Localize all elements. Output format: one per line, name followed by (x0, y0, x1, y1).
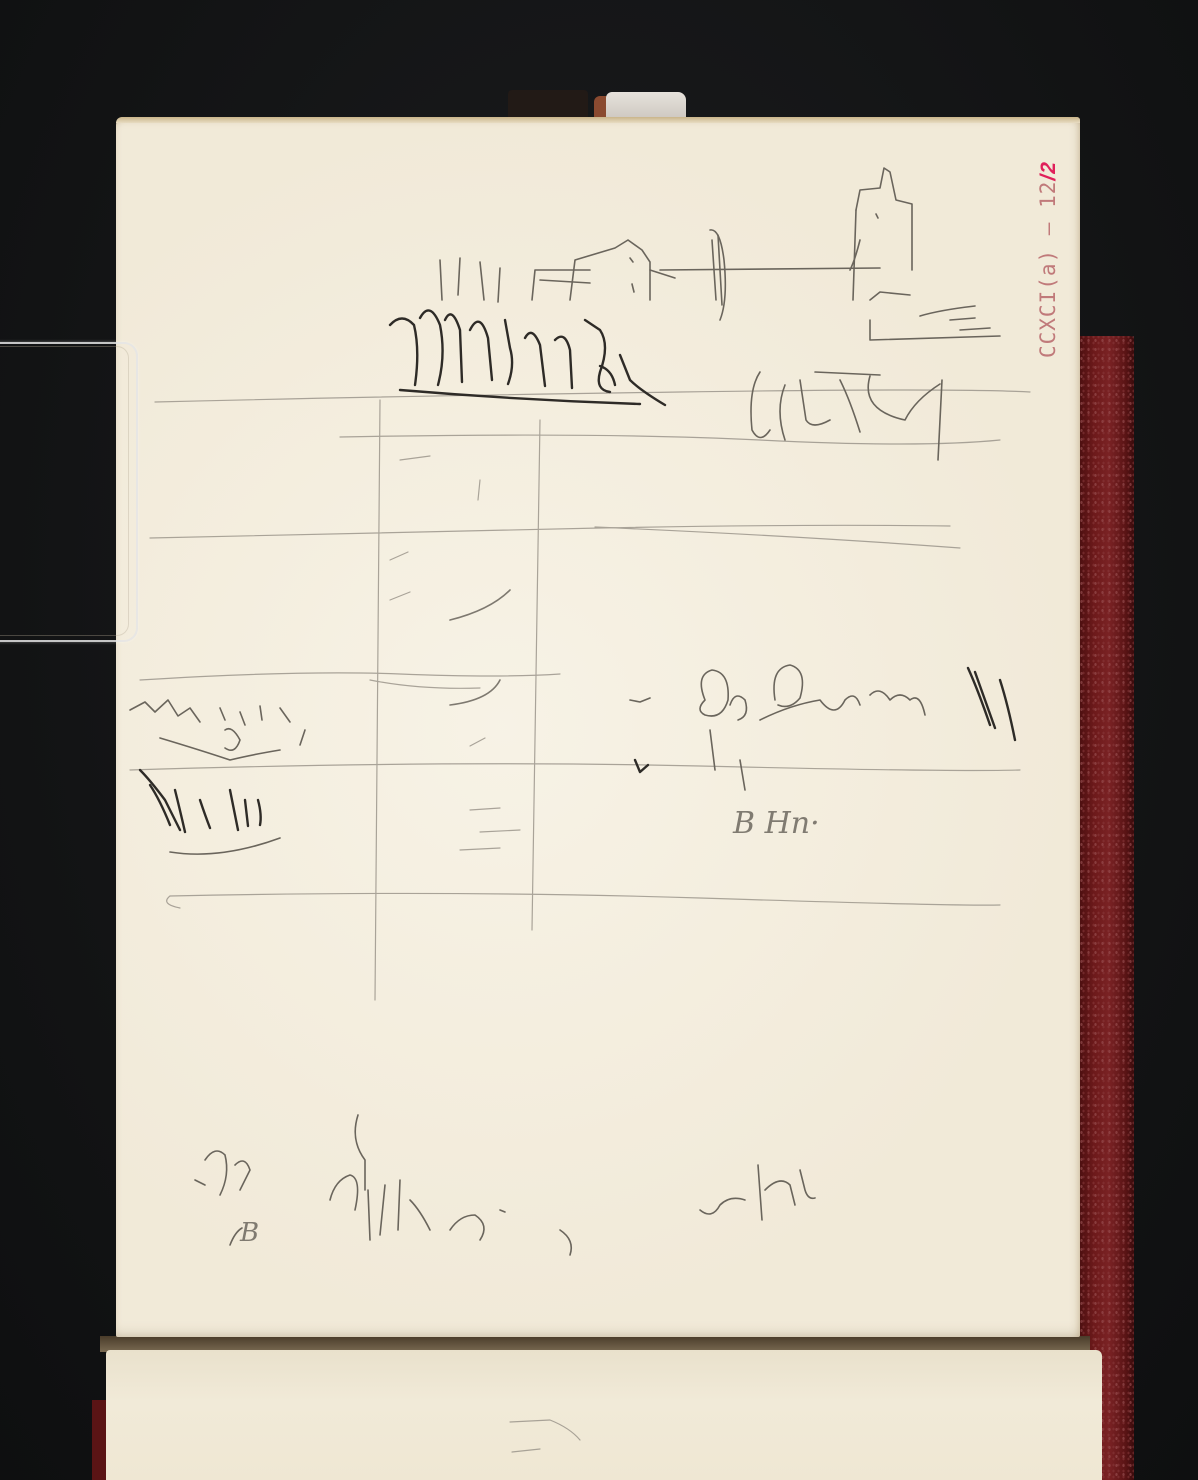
catalog-number-handwritten: /2 (1037, 161, 1060, 181)
wire-page-clip-reflection (0, 346, 129, 636)
facing-page (106, 1350, 1102, 1480)
catalog-number-text: CCXCI(a) — 12 (1036, 181, 1060, 358)
inscription-b-hn: B Hn· (733, 806, 820, 841)
inscription-b: B (240, 1218, 259, 1248)
paper-texture (116, 117, 1080, 1337)
leather-texture (1078, 336, 1134, 1480)
leather-cover-edge (1078, 336, 1134, 1480)
page-top-edge (116, 117, 1080, 123)
sketchbook-page (116, 117, 1080, 1337)
catalog-number-label: CCXCI(a) — 12/2 (1028, 138, 1068, 358)
